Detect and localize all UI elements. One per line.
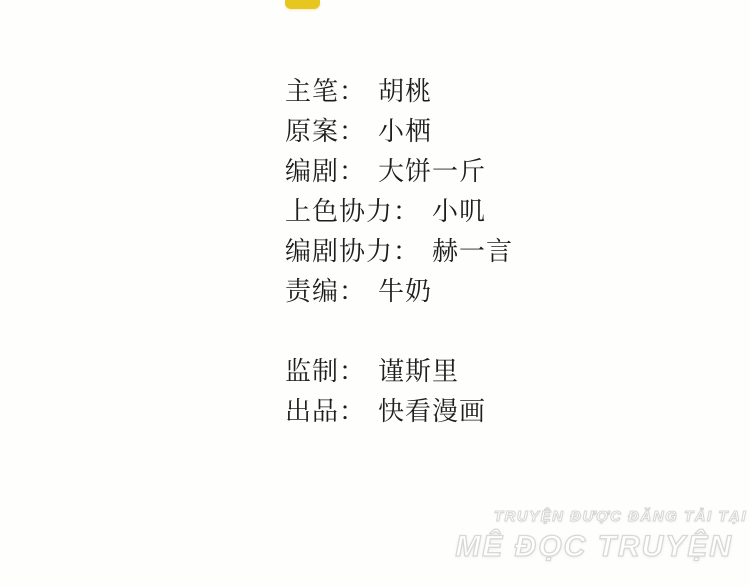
credit-value: 胡桃 <box>378 71 432 108</box>
credit-value: 谨斯里 <box>378 351 459 388</box>
credit-label: 编剧协力： <box>285 231 420 268</box>
credit-line-main-artist: 主笔： 胡桃 <box>285 69 513 109</box>
credit-line-editor: 责编： 牛奶 <box>285 269 513 309</box>
credit-value: 快看漫画 <box>378 391 486 428</box>
credit-line-screenwriter: 编剧： 大饼一斤 <box>285 149 513 189</box>
watermark-line1: TRUYỆN ĐƯỢC ĐĂNG TẢI TẠI <box>494 508 747 525</box>
credit-value: 小栖 <box>378 111 432 148</box>
credit-line-original-story: 原案： 小栖 <box>285 109 513 149</box>
credit-line-script-assist: 编剧协力： 赫一言 <box>285 229 513 269</box>
credit-label: 出品： <box>285 391 366 428</box>
credit-label: 上色协力： <box>285 191 420 228</box>
credit-value: 大饼一斤 <box>378 151 486 188</box>
watermark-line2: MÊ ĐỌC TRUYỆN <box>455 530 733 564</box>
credit-label: 编剧： <box>285 151 366 188</box>
credit-label: 主笔： <box>285 71 366 108</box>
credit-value: 赫一言 <box>432 231 513 268</box>
credit-label: 监制： <box>285 351 366 388</box>
credit-label: 原案： <box>285 111 366 148</box>
credits-block: 主笔： 胡桃 原案： 小栖 编剧： 大饼一斤 上色协力： 小叽 编剧协力： 赫一… <box>285 69 513 429</box>
credit-label: 责编： <box>285 271 366 308</box>
credit-line-supervisor: 监制： 谨斯里 <box>285 349 513 389</box>
credit-line-producer: 出品： 快看漫画 <box>285 389 513 429</box>
comic-credits-page: 主笔： 胡桃 原案： 小栖 编剧： 大饼一斤 上色协力： 小叽 编剧协力： 赫一… <box>0 0 750 586</box>
credit-value: 牛奶 <box>378 271 432 308</box>
credits-gap <box>285 309 513 349</box>
bookmark-tab <box>285 0 320 9</box>
credit-line-coloring-assist: 上色协力： 小叽 <box>285 189 513 229</box>
credit-value: 小叽 <box>432 191 486 228</box>
